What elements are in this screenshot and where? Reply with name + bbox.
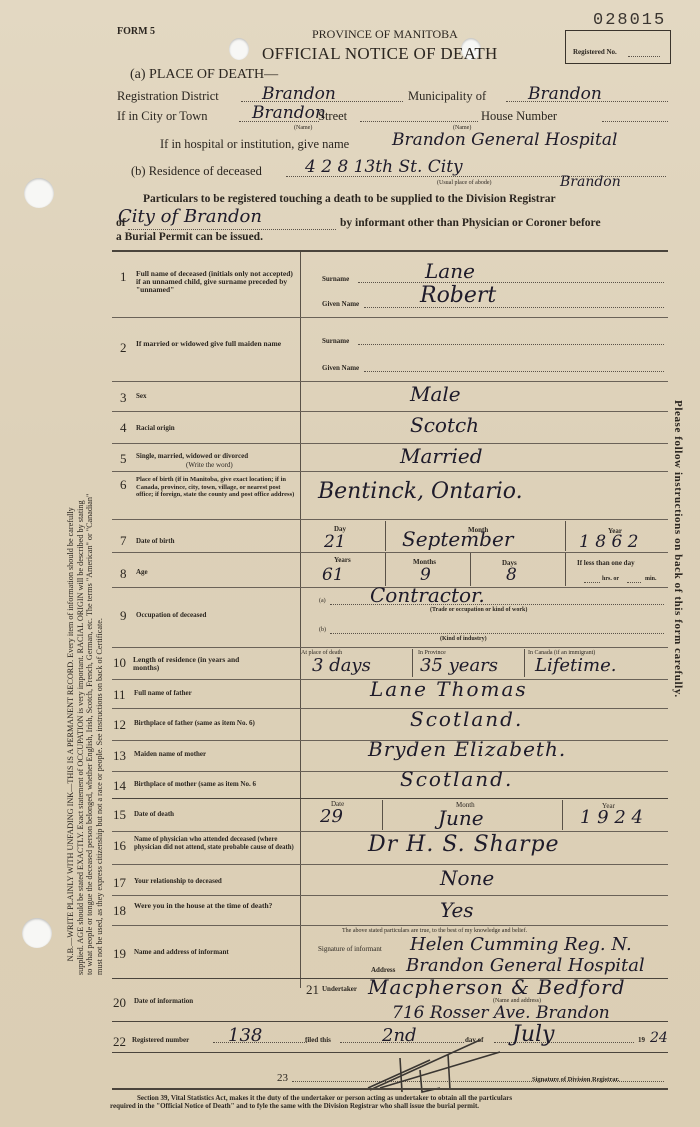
form-number: FORM 5 [117,26,155,37]
item-number: 18 [113,903,126,919]
surname-label: Surname [322,275,349,283]
informant-signature[interactable]: Helen Cumming Reg. N. [410,934,632,955]
item-number: 16 [113,838,126,854]
sex-value[interactable]: Male [410,382,461,406]
province-heading: PROVINCE OF MANITOBA [312,27,458,42]
father-name-value[interactable]: Lane Thomas [370,677,528,701]
registration-district-value[interactable]: Brandon [262,84,336,104]
item-number: 20 [113,995,126,1011]
death-notice-form: FORM 5 PROVINCE OF MANITOBA OFFICIAL NOT… [0,0,700,1127]
dob-day[interactable]: 21 [324,532,346,552]
maiden-given-name-field[interactable] [364,371,664,372]
residence-in-province[interactable]: 35 years [420,655,498,676]
relationship-label: Your relationship to deceased [134,877,222,885]
dob-label: Date of birth [136,537,175,545]
informant-address[interactable]: Brandon General Hospital [406,955,645,976]
left-margin-note: N.B.—WRITE PLAINLY WITH UNFADING INK—THI… [66,494,104,975]
father-birthplace-value[interactable]: Scotland. [410,707,523,731]
father-birthplace-label: Birthplace of father (same as item No. 6… [134,719,255,727]
item-number: 19 [113,946,126,962]
dob-month[interactable]: September [402,527,513,551]
item-number: 2 [120,340,127,356]
footer-line1: Section 39, Vital Statistics Act, makes … [137,1094,512,1102]
item-number: 21 [306,982,319,998]
filed-year-value[interactable]: 24 [650,1030,668,1046]
street-field[interactable] [360,121,478,122]
item-number: 10 [113,655,126,671]
registrar-signature-caption: Signature of Division Registrar. [532,1076,619,1083]
sex-label: Sex [136,392,147,400]
punch-hole [229,38,249,60]
marital-status-sublabel: (Write the word) [186,461,233,469]
occupation-value[interactable]: Contractor. [370,583,485,607]
date-of-information-label: Date of information [134,997,193,1005]
less-than-day-label: If less than one day [577,559,635,567]
years-label: Years [334,556,351,564]
industry-caption: (Kind of industry) [440,636,487,642]
hospital-value[interactable]: Brandon General Hospital [392,130,617,150]
residence-at-place[interactable]: 3 days [312,655,371,676]
instructions-line3: a Burial Permit can be issued. [116,231,263,243]
dob-year[interactable]: 1 8 6 2 [579,532,638,552]
serial-number: 028015 [593,11,666,30]
given-name-label: Given Name [322,364,359,372]
mother-birthplace-label: Birthplace of mother (same as item No. 6 [134,780,256,788]
residence-value[interactable]: 4 2 8 13th St. City [305,157,463,177]
death-date-label: Date of death [134,810,174,818]
registered-number-value[interactable]: 138 [228,1025,262,1046]
registered-no-box: Registered No. [565,30,671,64]
maiden-surname-field[interactable] [358,344,664,345]
occupation-b-prefix: (b) [319,627,326,633]
year-prefix: 19 [638,1036,645,1044]
item-number: 3 [120,390,127,406]
registered-number-label: Registered number [132,1036,189,1044]
item-number: 12 [113,717,126,733]
municipality-label: Municipality of [408,89,486,104]
residence-label: (b) Residence of deceased [131,164,262,179]
hrs-label: hrs. or [602,576,619,582]
registered-no-label: Registered No. [573,48,617,56]
item-number: 22 [113,1034,126,1050]
in-house-label: Were you in the house at the time of dea… [134,902,294,910]
residence-caption: (Usual place of abode) [437,180,491,186]
item-number: 9 [120,608,127,624]
death-date-day[interactable]: 29 [320,806,343,827]
registration-district-label: Registration District [117,89,219,104]
item-number: 7 [120,533,127,549]
undertaker-name[interactable]: Macpherson & Bedford [368,975,626,999]
right-margin-note: Please follow instructions on back of th… [672,400,684,698]
item-number: 11 [113,687,126,703]
signature-label: Signature of informant [318,945,382,953]
name-caption: (Name) [294,125,312,131]
instructions-line2: by informant other than Physician or Cor… [340,217,601,229]
racial-origin-label: Racial origin [136,424,175,432]
hours-field[interactable] [584,582,600,583]
page-title: OFFICIAL NOTICE OF DEATH [262,44,498,64]
given-name-label: Given Name [322,300,359,308]
age-months[interactable]: 9 [420,565,431,585]
birthplace-label: Place of birth (if in Manitoba, give exa… [136,476,298,499]
undertaker-address[interactable]: 716 Rosser Ave. Brandon [392,1003,610,1023]
punch-hole [24,178,54,208]
in-house-value[interactable]: Yes [440,898,474,922]
occupation-a-prefix: (a) [319,598,326,604]
death-date-year[interactable]: 1 9 2 4 [580,807,643,828]
deceased-given-name[interactable]: Robert [420,283,496,308]
item2-label: If married or widowed give full maiden n… [136,340,296,348]
item-number: 13 [113,748,126,764]
marital-status-label: Single, married, widowed or divorced [136,452,248,460]
item-number: 15 [113,807,126,823]
mother-name-value[interactable]: Bryden Elizabeth. [368,737,566,761]
punch-hole [22,918,52,948]
item1-label: Full name of deceased (initials only not… [136,270,296,294]
deceased-surname[interactable]: Lane [425,259,475,283]
father-name-label: Full name of father [134,689,192,697]
filed-label: filed this [305,1036,331,1044]
division-value[interactable]: City of Brandon [118,206,262,227]
residence-in-canada[interactable]: Lifetime. [535,655,616,676]
item-number: 8 [120,566,127,582]
municipality-value[interactable]: Brandon [528,84,602,104]
item-number: 6 [120,477,127,493]
footer-line2: required in the "Official Notice of Deat… [110,1102,479,1110]
item-number: 1 [120,269,127,285]
city-value[interactable]: Brandon [252,103,326,123]
birthplace-value[interactable]: Bentinck, Ontario. [318,479,523,504]
city-label: If in City or Town [117,109,208,124]
surname-label: Surname [322,337,349,345]
industry-field[interactable] [330,633,664,634]
residence-length-label: Length of residence (in years and months… [133,656,253,672]
relationship-value[interactable]: None [440,866,494,890]
address-label: Address [371,966,395,974]
occupation-label: Occupation of deceased [136,611,206,619]
age-label: Age [136,568,148,576]
physician-label: Name of physician who attended deceased … [134,836,298,851]
min-label: min. [645,576,657,582]
racial-origin-value[interactable]: Scotch [410,413,479,437]
street-label: Street [318,109,347,124]
house-number-label: House Number [481,109,557,124]
physician-value[interactable]: Dr H. S. Sharpe [368,832,560,857]
age-days[interactable]: 8 [506,565,517,585]
age-years[interactable]: 61 [322,565,344,585]
undertaker-label: Undertaker [322,985,357,993]
place-of-death-heading: (a) PLACE OF DEATH— [130,67,278,83]
item-number: 5 [120,451,127,467]
occupation-caption: (Trade or occupation or kind of work) [430,607,527,613]
mother-name-label: Maiden name of mother [134,750,206,758]
marital-status-value[interactable]: Married [400,444,483,468]
house-number-field[interactable] [602,121,668,122]
death-date-month[interactable]: June [438,806,484,830]
mother-birthplace-value[interactable]: Scotland. [400,767,513,791]
hospital-label: If in hospital or institution, give name [160,137,349,152]
item-number: 4 [120,420,127,436]
item-number: 23 [277,1072,288,1084]
item-number: 14 [113,778,126,794]
residence-city-overwrite: Brandon [560,174,621,190]
item-number: 17 [113,875,126,891]
minutes-field[interactable] [627,582,641,583]
instructions-line1: Particulars to be registered touching a … [143,193,556,205]
informant-label: Name and address of informant [134,948,229,956]
